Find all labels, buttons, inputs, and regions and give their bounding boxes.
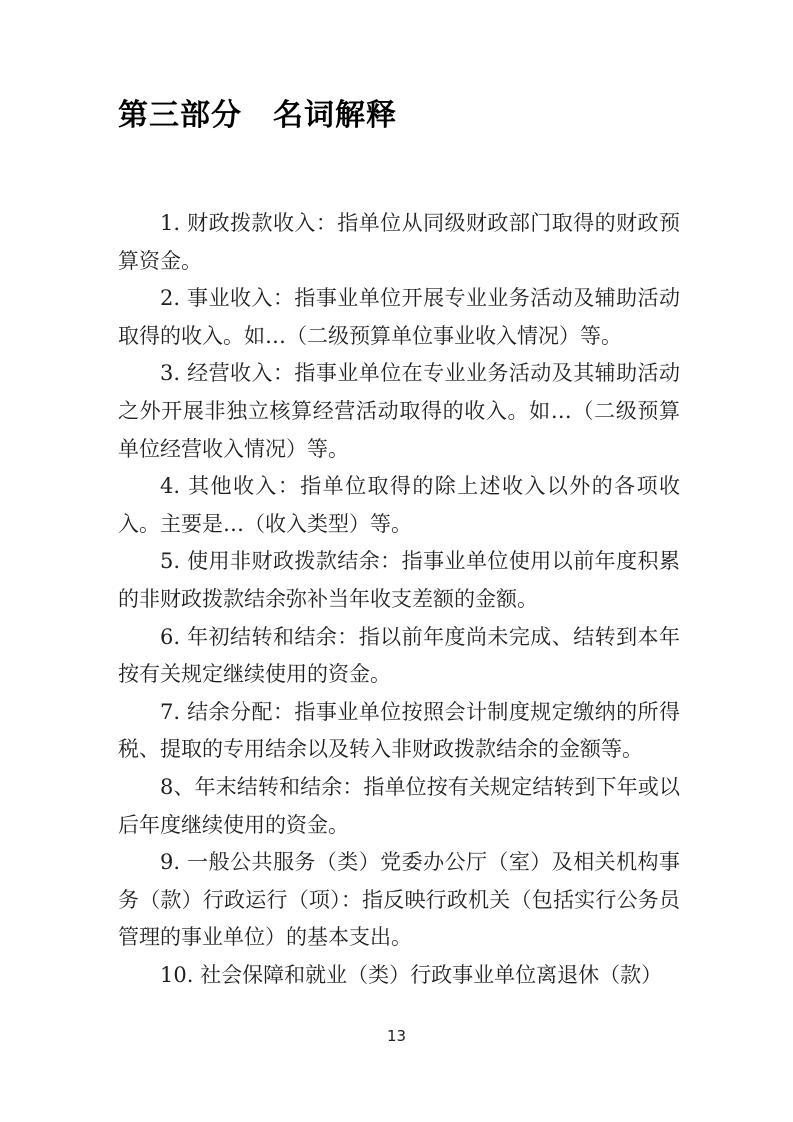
document-page: 第三部分 名词解释 1. 财政拨款收入：指单位从同级财政部门取得的财政预算资金。… [0,0,793,1122]
definition-paragraph-5: 5. 使用非财政拨款结余：指事业单位使用以前年度积累的非财政拨款结余弥补当年收支… [118,543,680,618]
definition-paragraph-8: 8、年末结转和结余：指单位按有关规定结转到下年或以后年度继续使用的资金。 [118,769,680,844]
definition-paragraph-10: 10. 社会保障和就业（类）行政事业单位离退休（款） [118,957,680,995]
definition-paragraph-4: 4. 其他收入：指单位取得的除上述收入以外的各项收入。主要是…（收入类型）等。 [118,468,680,543]
definition-paragraph-3: 3. 经营收入：指事业单位在专业业务活动及其辅助活动之外开展非独立核算经营活动取… [118,355,680,468]
definition-paragraph-1: 1. 财政拨款收入：指单位从同级财政部门取得的财政预算资金。 [118,205,680,280]
page-number: 13 [387,1027,406,1045]
definition-paragraph-6: 6. 年初结转和结余：指以前年度尚未完成、结转到本年按有关规定继续使用的资金。 [118,619,680,694]
definitions-list: 1. 财政拨款收入：指单位从同级财政部门取得的财政预算资金。 2. 事业收入：指… [118,205,680,994]
section-title: 第三部分 名词解释 [118,96,397,136]
definition-paragraph-9: 9. 一般公共服务（类）党委办公厅（室）及相关机构事务（款）行政运行（项）：指反… [118,844,680,957]
definition-paragraph-2: 2. 事业收入：指事业单位开展专业业务活动及辅助活动取得的收入。如…（二级预算单… [118,280,680,355]
page-footer: 13 [0,1026,793,1046]
definition-paragraph-7: 7. 结余分配：指事业单位按照会计制度规定缴纳的所得税、提取的专用结余以及转入非… [118,694,680,769]
